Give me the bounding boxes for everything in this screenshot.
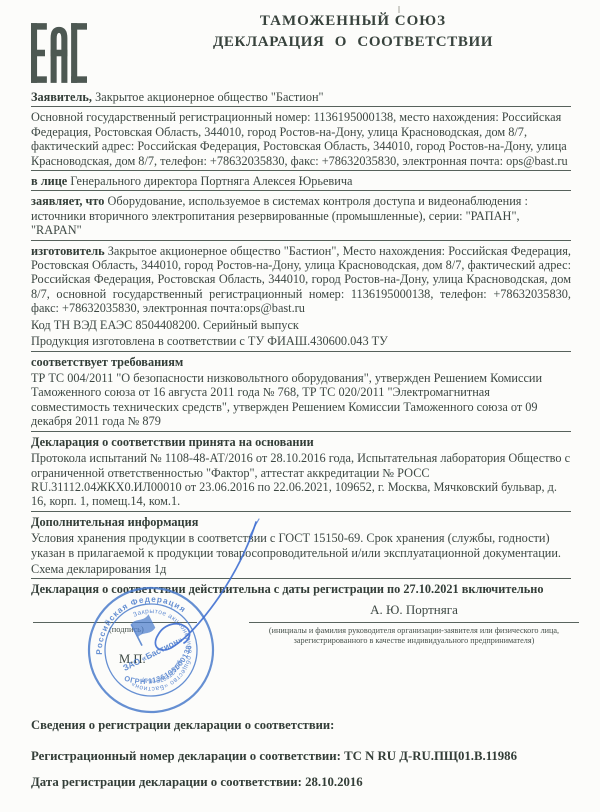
basis-heading: Декларация о соответствии принята на осн… [31, 435, 571, 450]
stamp-flag-icon [131, 614, 160, 646]
head-name-line [249, 622, 579, 623]
in-person-row: в лице Генерального директора Портняга А… [31, 174, 571, 188]
applicant-value: Закрытое акционерное общество "Бастион" [92, 90, 324, 104]
title-line-2: ДЕКЛАРАЦИЯ О СООТВЕТСТВИИ [135, 34, 571, 51]
section-rule [31, 240, 571, 241]
applicant-label: Заявитель, [31, 90, 92, 104]
applicant-details: Основной государственный регистрационный… [31, 110, 571, 168]
manufacturer-paragraph: изготовитель Закрытое акционерное общест… [31, 244, 571, 316]
registration-number-label: Регистрационный номер декларации о соотв… [31, 749, 341, 763]
section-rule [31, 511, 571, 512]
scheme-line: Схема декларирования 1д [31, 562, 571, 576]
declares-label: заявляет, что [31, 194, 104, 208]
head-name: А. Ю. Портняга [249, 602, 579, 618]
company-stamp: Российская Федерация ОГРН 1136195000138 … [83, 582, 219, 718]
in-person-label: в лице [31, 174, 67, 188]
in-person-value: Генерального директора Портняга Алексея … [67, 174, 352, 188]
signature-block: (подпись) А. Ю. Портняга (инициалы и фам… [31, 600, 571, 712]
applicant-row: Заявитель, Закрытое акционерное общество… [31, 90, 571, 104]
registration-number-value: ТС N RU Д-RU.ПЩ01.В.11986 [341, 749, 517, 763]
section-rule [31, 190, 571, 191]
additional-heading: Дополнительная информация [31, 515, 571, 530]
tu-line: Продукция изготовлена в соответствии с Т… [31, 334, 571, 348]
manufacturer-value: Закрытое акционерное общество "Бастион",… [31, 244, 571, 316]
registration-date-line: Дата регистрации декларации о соответств… [31, 775, 571, 790]
additional-text: Условия хранения продукции в соответстви… [31, 531, 571, 560]
eac-mark-icon [31, 23, 87, 83]
manufacturer-label: изготовитель [31, 244, 105, 258]
declaration-document: ТАМОЖЕННЫЙ СОЮЗ ДЕКЛАРАЦИЯ О СООТВЕТСТВИ… [0, 0, 600, 812]
section-rule [31, 351, 571, 352]
registration-number-line: Регистрационный номер декларации о соотв… [31, 749, 571, 764]
section-rule [31, 578, 571, 579]
complies-heading: соответствует требованиям [31, 355, 571, 370]
registration-date-label: Дата регистрации декларации о соответств… [31, 775, 302, 789]
declares-paragraph: заявляет, что Оборудование, используемое… [31, 194, 571, 237]
section-rule [31, 106, 571, 107]
document-content: ТАМОЖЕННЫЙ СОЮЗ ДЕКЛАРАЦИЯ О СООТВЕТСТВИ… [31, 0, 571, 790]
registration-date-value: 28.10.2016 [302, 775, 363, 789]
tnved-line: Код ТН ВЭД ЕАЭС 8504408200. Серийный вып… [31, 318, 571, 332]
title-line-1: ТАМОЖЕННЫЙ СОЮЗ [135, 13, 571, 30]
document-header: ТАМОЖЕННЫЙ СОЮЗ ДЕКЛАРАЦИЯ О СООТВЕТСТВИ… [31, 0, 571, 88]
basis-text: Протокола испытаний № 1108-48-АТ/2016 от… [31, 451, 571, 509]
complies-text: ТР ТС 004/2011 "О безопасности низковоль… [31, 371, 571, 429]
document-title: ТАМОЖЕННЫЙ СОЮЗ ДЕКЛАРАЦИЯ О СООТВЕТСТВИ… [135, 0, 571, 51]
section-rule [31, 431, 571, 432]
registration-heading: Сведения о регистрации декларации о соот… [31, 718, 571, 733]
section-rule [31, 170, 571, 171]
head-name-caption: (инициалы и фамилия руководителя организ… [244, 626, 584, 647]
declares-value: Оборудование, используемое в системах ко… [31, 194, 528, 237]
